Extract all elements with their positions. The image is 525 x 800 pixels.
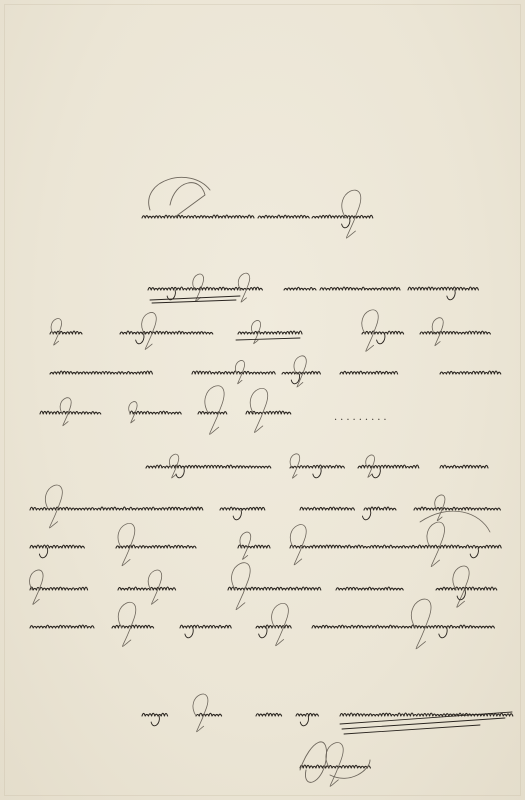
ink-stroke xyxy=(440,465,488,468)
ink-stroke xyxy=(228,587,321,590)
ink-stroke xyxy=(342,190,361,238)
ink-stroke xyxy=(30,587,88,590)
ink-stroke xyxy=(300,716,308,726)
ink-stroke xyxy=(296,713,318,716)
ink-stroke xyxy=(300,742,370,782)
ink-stroke xyxy=(312,625,494,628)
ellipsis-dots: ......... xyxy=(334,412,390,423)
ink-stroke xyxy=(148,570,162,604)
ink-stroke xyxy=(196,713,222,716)
ink-stroke xyxy=(457,590,465,600)
ink-stroke xyxy=(408,287,478,290)
ink-stroke xyxy=(372,468,380,478)
ink-stroke xyxy=(414,507,500,510)
ink-stroke xyxy=(290,525,306,565)
ink-stroke xyxy=(427,522,445,567)
ink-stroke xyxy=(112,625,154,628)
ink-stroke xyxy=(272,603,289,645)
ink-stroke xyxy=(176,468,184,478)
ink-stroke xyxy=(420,511,490,532)
ink-stroke xyxy=(300,507,354,510)
ink-stroke xyxy=(440,371,501,374)
ink-stroke xyxy=(118,602,135,646)
ink-stroke xyxy=(232,563,251,610)
ink-stroke xyxy=(291,374,299,384)
ink-stroke xyxy=(362,331,404,334)
ink-stroke xyxy=(220,507,265,510)
manuscript-page: ......... xyxy=(0,0,525,800)
ink-stroke xyxy=(236,338,300,340)
ink-stroke xyxy=(118,587,176,590)
ink-stroke xyxy=(284,287,316,290)
ink-stroke xyxy=(233,510,241,520)
ink-stroke xyxy=(151,716,159,726)
ink-stroke xyxy=(362,310,378,352)
ink-stroke xyxy=(256,713,282,716)
ink-stroke xyxy=(150,296,240,303)
ink-stroke xyxy=(258,215,309,218)
ink-stroke xyxy=(136,334,144,344)
ink-stroke xyxy=(40,411,101,414)
ink-stroke xyxy=(167,290,175,300)
ink-stroke xyxy=(364,507,396,510)
ink-stroke xyxy=(436,587,497,590)
ink-stroke xyxy=(120,331,213,334)
ink-stroke xyxy=(180,625,231,628)
ink-stroke xyxy=(116,545,196,548)
ink-stroke xyxy=(453,566,469,607)
ink-stroke xyxy=(50,371,152,374)
ink-stroke xyxy=(439,628,447,638)
ink-stroke xyxy=(336,587,403,590)
ink-stroke xyxy=(142,713,168,716)
ink-stroke xyxy=(192,371,275,374)
ink-stroke xyxy=(130,411,181,414)
ink-stroke xyxy=(240,287,262,290)
ink-stroke xyxy=(238,331,302,334)
ink-stroke xyxy=(30,507,203,510)
ink-stroke xyxy=(290,545,418,548)
ink-stroke xyxy=(362,510,370,520)
ink-stroke xyxy=(45,485,62,528)
ink-stroke xyxy=(198,412,227,414)
ink-stroke xyxy=(420,331,490,334)
ink-stroke xyxy=(118,523,135,565)
ink-stroke xyxy=(447,290,455,300)
ink-stroke xyxy=(259,628,267,638)
ink-stroke xyxy=(326,743,343,787)
ink-stroke xyxy=(149,177,210,217)
ink-stroke xyxy=(39,548,47,558)
ink-stroke xyxy=(282,371,320,374)
ink-stroke xyxy=(30,545,84,548)
handwriting-strokes xyxy=(0,0,525,800)
ink-stroke xyxy=(470,548,478,558)
ink-stroke xyxy=(342,218,350,228)
ink-stroke xyxy=(205,386,224,435)
ink-stroke xyxy=(250,388,267,432)
ink-stroke xyxy=(142,215,254,218)
ink-stroke xyxy=(313,468,321,478)
ink-stroke xyxy=(146,465,271,468)
ink-stroke xyxy=(238,545,270,548)
ink-stroke xyxy=(320,287,400,290)
ink-stroke xyxy=(294,356,306,387)
ink-stroke xyxy=(185,628,193,638)
ink-stroke xyxy=(411,599,431,649)
ink-stroke xyxy=(50,331,82,334)
ink-stroke xyxy=(312,215,373,218)
ink-stroke xyxy=(235,360,244,383)
ink-stroke xyxy=(300,765,370,768)
ink-stroke xyxy=(30,625,94,628)
ink-stroke xyxy=(377,334,385,344)
ink-stroke xyxy=(340,371,398,374)
